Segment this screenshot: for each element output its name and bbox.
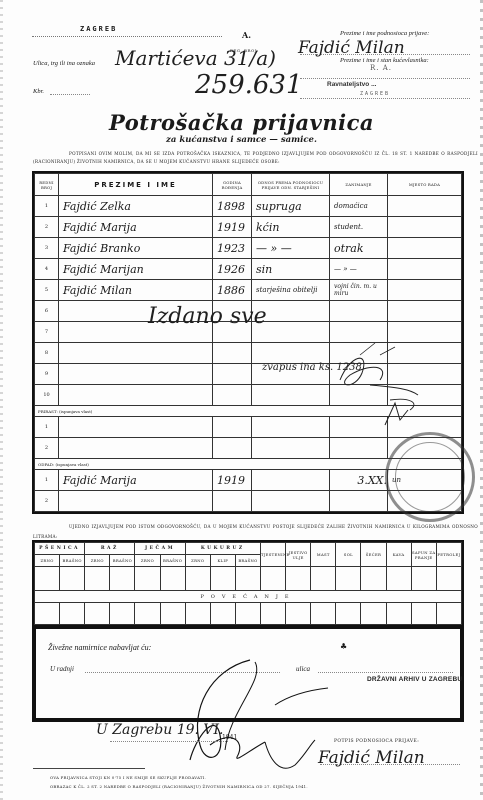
row-workplace bbox=[388, 196, 462, 217]
food-col-petrolej: PETROLEJ bbox=[436, 543, 461, 567]
row-birth bbox=[213, 438, 252, 459]
row-relation: sin bbox=[252, 259, 330, 280]
row-num: 2 bbox=[35, 217, 59, 238]
ravnateljstvo-line bbox=[300, 98, 470, 99]
applicant-value: Fajdić Milan bbox=[298, 38, 405, 58]
row-birth bbox=[213, 417, 252, 438]
row-relation: — » — bbox=[252, 238, 330, 259]
row-name: Fajdić Zelka bbox=[59, 196, 213, 217]
row-name bbox=[59, 385, 213, 406]
handwritten-date: U Zagrebu 19. VI. bbox=[96, 722, 224, 738]
row-workplace bbox=[388, 280, 462, 301]
city-label: ZAGREB bbox=[80, 25, 117, 33]
sub-zrno: ZRNO bbox=[185, 555, 210, 567]
shop-street-line bbox=[318, 672, 453, 673]
row-name bbox=[59, 343, 213, 364]
city-line bbox=[32, 36, 222, 37]
row-occupation: vojni čin. m. u miru bbox=[330, 280, 388, 301]
sub-brasno: BRAŠNO bbox=[60, 555, 85, 567]
sub-zrno: ZRNO bbox=[85, 555, 110, 567]
large-signature-icon bbox=[170, 650, 330, 780]
food-col-sapun: SAPUN ZA PRANJE bbox=[411, 543, 436, 567]
header-relation: ODNOS PREMA PODNOSIOCU PRIJAVE ODN. STAR… bbox=[252, 174, 330, 196]
row-occupation bbox=[330, 301, 388, 322]
header-num: REDNI BROJ bbox=[35, 174, 59, 196]
row-name bbox=[59, 417, 213, 438]
row-name bbox=[59, 438, 213, 459]
row-num: 1 bbox=[35, 470, 59, 491]
row-num: 3 bbox=[35, 238, 59, 259]
row-name bbox=[59, 364, 213, 385]
owner-line bbox=[300, 78, 470, 79]
kbr-value: 259.631 bbox=[195, 70, 303, 100]
row-birth: 1923 bbox=[213, 238, 252, 259]
supplies-declaration-text: UJEDNO IZJAVLJUJEM POD ISTOM ODGOVORNOŠĆ… bbox=[33, 522, 478, 542]
row-num: 5 bbox=[35, 280, 59, 301]
header-birth: GODINA ROĐENJA bbox=[213, 174, 252, 196]
document-subtitle: za kućanstva i samce — samice. bbox=[0, 135, 483, 145]
row-occupation bbox=[330, 491, 388, 512]
food-group-psenica: PŠENICA bbox=[35, 543, 85, 555]
sub-zrno: ZRNO bbox=[135, 555, 160, 567]
row-num: 6 bbox=[35, 301, 59, 322]
ravnateljstvo-city: ZAGREB bbox=[360, 91, 390, 97]
supply-label: Živežne namirnice nabavljat ću: bbox=[48, 643, 151, 652]
document-title: Potrošačka prijavnica bbox=[0, 110, 483, 135]
sub-brasno: BRAŠNO bbox=[160, 555, 185, 567]
applicant-line bbox=[300, 54, 470, 55]
row-occupation: — » — bbox=[330, 259, 388, 280]
row-birth: 1886 bbox=[213, 280, 252, 301]
owner-label: Prezime i ime i stan kućevlasnika: bbox=[340, 57, 429, 64]
row-relation: supruga bbox=[252, 196, 330, 217]
row-num: 10 bbox=[35, 385, 59, 406]
official-stamp-inner bbox=[395, 442, 465, 512]
food-col-sol: SOL bbox=[336, 543, 361, 567]
declaration-text: POTPISANI OVIM MOLIM, DA MI SE IZDA POTR… bbox=[33, 150, 478, 166]
row-occupation: 3.XX. bbox=[330, 470, 388, 491]
row-num: 1 bbox=[35, 196, 59, 217]
row-relation: starješina obitelji bbox=[252, 280, 330, 301]
row-workplace bbox=[388, 238, 462, 259]
row-birth bbox=[213, 385, 252, 406]
row-num: 1 bbox=[35, 417, 59, 438]
street-value: Martićeva 31/a) bbox=[115, 46, 276, 70]
row-birth: 1919 bbox=[213, 470, 252, 491]
signature-label: POTPIS PODNOSIOCA PRIJAVE: bbox=[334, 739, 419, 744]
archive-mark-icon: ♣ bbox=[340, 642, 347, 651]
povecanje-label: POVEĆANJE bbox=[35, 591, 462, 603]
row-birth: 1919 bbox=[213, 217, 252, 238]
row-occupation: domaćica bbox=[330, 196, 388, 217]
footnote-rule bbox=[33, 768, 145, 769]
table-row: 4 Fajdić Marijan 1926 sin — » — bbox=[35, 259, 462, 280]
increase-row bbox=[35, 603, 462, 625]
supplies-row bbox=[35, 567, 462, 591]
shop-label: U radnji bbox=[50, 665, 74, 673]
date-year: 1941 bbox=[222, 734, 237, 741]
header-name: PREZIME I IME bbox=[59, 174, 213, 196]
row-num: 8 bbox=[35, 343, 59, 364]
povecanje-row: POVEĆANJE bbox=[35, 591, 462, 603]
food-group-jecam: JEČAM bbox=[135, 543, 185, 555]
row-name bbox=[59, 491, 213, 512]
sub-klip: KLIP bbox=[210, 555, 235, 567]
row-birth bbox=[213, 364, 252, 385]
row-name: Fajdić Branko bbox=[59, 238, 213, 259]
row-workplace bbox=[388, 301, 462, 322]
ravnateljstvo-stamp: Ravnateljstvo ... bbox=[327, 81, 377, 88]
footnote-price: OVA PRIJAVNICA STOJI KN 0'75 I NE SMIJE … bbox=[50, 775, 206, 780]
kbr-label: Kbr. bbox=[33, 88, 44, 95]
form-letter: A. bbox=[242, 30, 251, 40]
header-occupation: ZANIMANJE bbox=[330, 174, 388, 196]
row-occupation: student. bbox=[330, 217, 388, 238]
row-num: 2 bbox=[35, 491, 59, 512]
sub-brasno: BRAŠNO bbox=[110, 555, 135, 567]
row-num: 7 bbox=[35, 322, 59, 343]
date-line bbox=[110, 741, 228, 742]
row-name: Fajdić Milan bbox=[59, 280, 213, 301]
sub-zrno: ZRNO bbox=[35, 555, 60, 567]
sub-brasno: BRAŠNO bbox=[235, 555, 260, 567]
row-relation: kćin bbox=[252, 217, 330, 238]
food-group-kukuruz: KUKURUZ bbox=[185, 543, 260, 555]
table-row: 5 Fajdić Milan 1886 starješina obitelji … bbox=[35, 280, 462, 301]
row-num: 9 bbox=[35, 364, 59, 385]
row-birth: 1898 bbox=[213, 196, 252, 217]
table-row: 1 Fajdić Zelka 1898 supruga domaćica bbox=[35, 196, 462, 217]
row-workplace bbox=[388, 217, 462, 238]
food-supplies-table: PŠENICA RAŽ JEČAM KUKURUZ TJESTENINE JES… bbox=[32, 540, 464, 627]
row-birth bbox=[213, 491, 252, 512]
signature-line bbox=[320, 764, 460, 765]
row-birth: 1926 bbox=[213, 259, 252, 280]
table-row: 3 Fajdić Branko 1923 — » — otrak bbox=[35, 238, 462, 259]
food-col-tjestenine: TJESTENINE bbox=[260, 543, 285, 567]
food-col-secer: ŠEĆER bbox=[361, 543, 386, 567]
row-birth bbox=[213, 343, 252, 364]
applicant-signature: Fajdić Milan bbox=[318, 748, 425, 768]
row-name: Fajdić Marija bbox=[59, 470, 213, 491]
footnote-form-ref: OBRAZAC K ČL. 2 ST. 2 NAREDBE O RASPODJE… bbox=[50, 784, 308, 789]
kbr-line bbox=[50, 94, 90, 95]
food-col-mast: MAST bbox=[311, 543, 336, 567]
archive-stamp: DRŽAVNI ARHIV U ZAGREBU bbox=[367, 676, 462, 683]
row-name: Fajdić Marija bbox=[59, 217, 213, 238]
table-row: 2 Fajdić Marija 1919 kćin student. bbox=[35, 217, 462, 238]
izdano-annotation: Izdano sve bbox=[148, 304, 267, 329]
row-occupation: otrak bbox=[330, 238, 388, 259]
applicant-label: Prezime i ime podnosioca prijave: bbox=[340, 30, 429, 37]
food-group-raz: RAŽ bbox=[85, 543, 135, 555]
food-col-kava: KAVA bbox=[386, 543, 411, 567]
row-workplace bbox=[388, 259, 462, 280]
header-workplace: MJESTO RADA bbox=[388, 174, 462, 196]
street-label: Ulica, trg ili ina oznaka bbox=[33, 60, 95, 67]
signature-scribble-icon bbox=[300, 325, 430, 435]
row-num: 4 bbox=[35, 259, 59, 280]
row-num: 2 bbox=[35, 438, 59, 459]
row-name: Fajdić Marijan bbox=[59, 259, 213, 280]
owner-value: R. A. bbox=[370, 64, 392, 72]
